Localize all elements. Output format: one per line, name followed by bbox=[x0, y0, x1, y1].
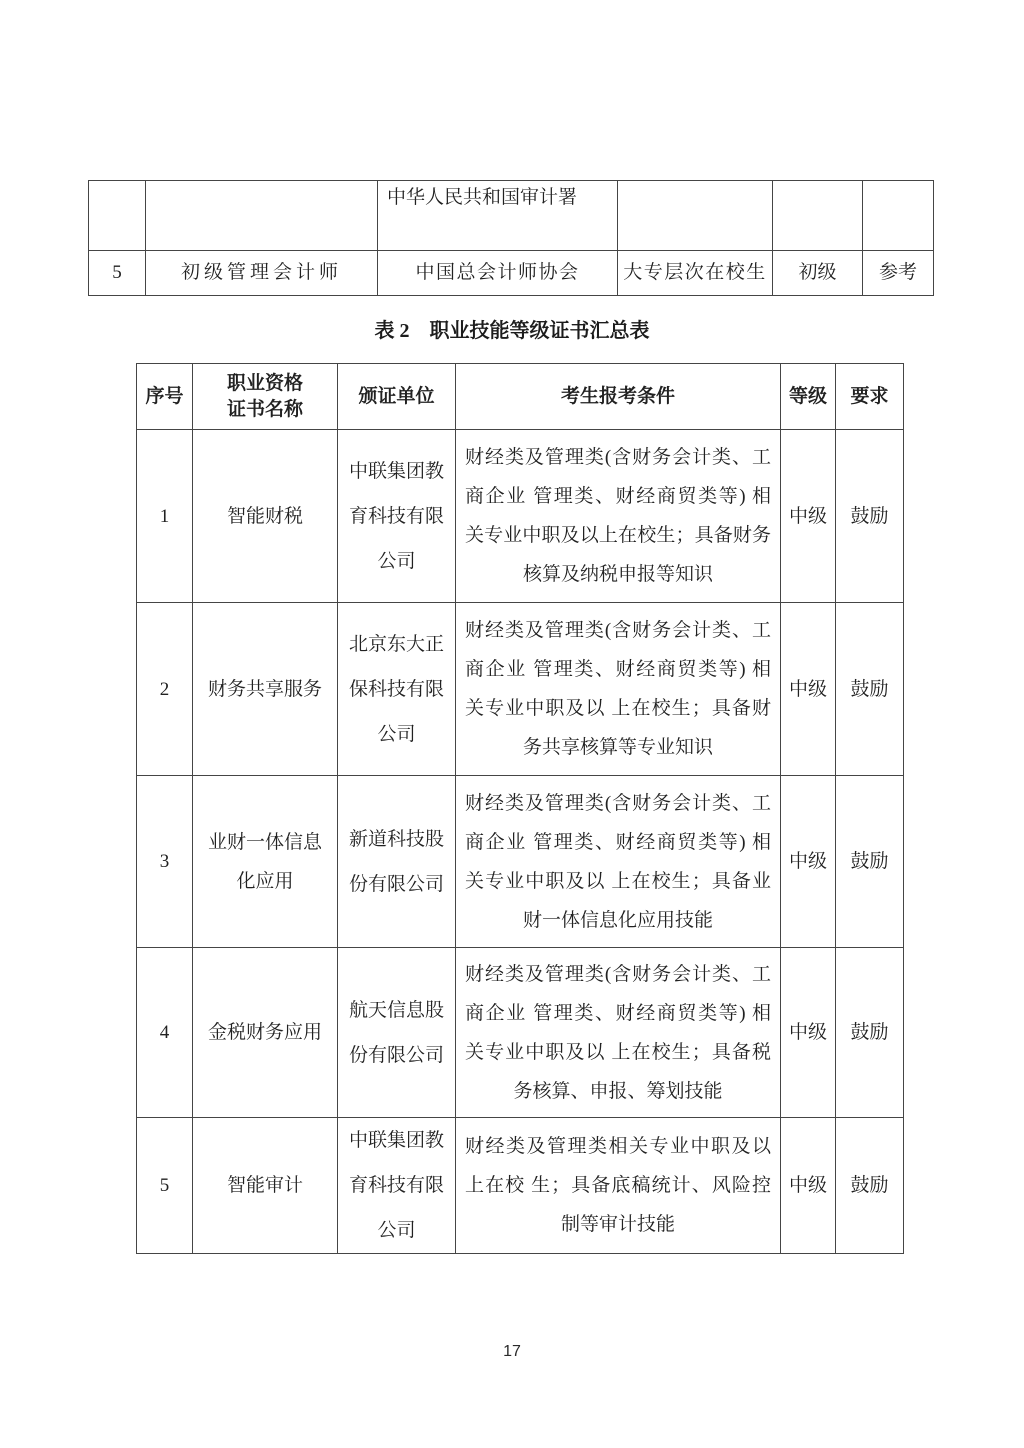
table-header-row: 序号 职业资格 证书名称 颁证单位 考生报考条件 等级 要求 bbox=[137, 364, 904, 430]
table-cell: 航天信息股份有限公司 bbox=[338, 948, 456, 1118]
cell-line: 鼓励 bbox=[836, 497, 903, 536]
cell-line: 财经类及管理类(含财务会计类、工 bbox=[465, 438, 771, 477]
cell-line: 北京东大正 bbox=[338, 622, 455, 667]
cell-line: 关专业中职及以 上在校生；具备税 bbox=[465, 1033, 771, 1072]
cell-line: 中级 bbox=[781, 497, 835, 536]
table-row: 中华人民共和国审计署 bbox=[89, 181, 934, 251]
cell-line: 财经类及管理类(含财务会计类、工 bbox=[465, 784, 771, 823]
cell-line: 鼓励 bbox=[836, 1013, 903, 1052]
table-cell: 4 bbox=[137, 948, 193, 1118]
skill-certificates-table: 序号 职业资格 证书名称 颁证单位 考生报考条件 等级 要求 bbox=[136, 363, 904, 1254]
cell-line: 鼓励 bbox=[836, 670, 903, 709]
cell-line: 中级 bbox=[781, 670, 835, 709]
table-cell: 参考 bbox=[863, 251, 934, 296]
cell-line: 核算及纳税申报等知识 bbox=[465, 555, 771, 594]
certificates-table-continued: 中华人民共和国审计署5初级管理会计师中国总会计师协会大专层次在校生初级参考 bbox=[88, 180, 934, 296]
table-cell: 3 bbox=[137, 776, 193, 948]
table-row: 2财务共享服务北京东大正保科技有限公司财经类及管理类(含财务会计类、工商企业 管… bbox=[137, 603, 904, 776]
table-cell: 大专层次在校生 bbox=[618, 251, 773, 296]
table-cell bbox=[773, 181, 863, 251]
table-cell: 中联集团教育科技有限公司 bbox=[338, 430, 456, 603]
table-cell: 鼓励 bbox=[836, 1118, 904, 1254]
table-cell bbox=[146, 181, 378, 251]
cell-line: 财经类及管理类(含财务会计类、工 bbox=[465, 611, 771, 650]
table2-caption: 表 2 职业技能等级证书汇总表 bbox=[0, 314, 1024, 343]
table-cell: 中华人民共和国审计署 bbox=[378, 181, 618, 251]
table-cell bbox=[863, 181, 934, 251]
cell-line: 鼓励 bbox=[836, 1166, 903, 1205]
header-line: 要求 bbox=[836, 384, 903, 410]
header-line: 考生报考条件 bbox=[456, 384, 780, 410]
cell-line: 财务共享服务 bbox=[193, 670, 337, 709]
cell-line: 鼓励 bbox=[836, 842, 903, 881]
table-cell: 初级管理会计师 bbox=[146, 251, 378, 296]
cell-line: 航天信息股 bbox=[338, 988, 455, 1033]
cell-line: 财一体信息化应用技能 bbox=[465, 901, 771, 940]
cell-line: 初级管理会计师 bbox=[146, 260, 377, 286]
cell-line: 育科技有限 bbox=[338, 1163, 455, 1208]
table-cell: 鼓励 bbox=[836, 776, 904, 948]
table-row: 3业财一体信息化应用新道科技股份有限公司财经类及管理类(含财务会计类、工商企业 … bbox=[137, 776, 904, 948]
cell-line: 上在校 生；具备底稿统计、风险控 bbox=[465, 1166, 771, 1205]
cell-line: 财经类及管理类(含财务会计类、工 bbox=[465, 955, 771, 994]
column-header-index: 序号 bbox=[137, 364, 193, 430]
cell-line: 化应用 bbox=[193, 862, 337, 901]
table-cell: 初级 bbox=[773, 251, 863, 296]
cell-line: 务核算、申报、筹划技能 bbox=[465, 1072, 771, 1111]
cell-line: 5 bbox=[89, 260, 145, 286]
table-cell: 财经类及管理类(含财务会计类、工商企业 管理类、财经商贸类等) 相关专业中职及以… bbox=[456, 430, 781, 603]
header-line: 职业资格 bbox=[193, 371, 337, 397]
table2-header: 序号 职业资格 证书名称 颁证单位 考生报考条件 等级 要求 bbox=[137, 364, 904, 430]
table-row: 1智能财税中联集团教育科技有限公司财经类及管理类(含财务会计类、工商企业 管理类… bbox=[137, 430, 904, 603]
table-cell bbox=[618, 181, 773, 251]
cell-line: 关专业中职及以 上在校生；具备财 bbox=[465, 689, 771, 728]
table-cell: 1 bbox=[137, 430, 193, 603]
table-cell: 鼓励 bbox=[836, 603, 904, 776]
cell-line: 公司 bbox=[338, 712, 455, 757]
table-cell: 5 bbox=[89, 251, 146, 296]
cell-line: 份有限公司 bbox=[338, 1033, 455, 1078]
cell-line: 业财一体信息 bbox=[193, 823, 337, 862]
cell-line: 公司 bbox=[338, 1208, 455, 1253]
table-cell: 鼓励 bbox=[836, 430, 904, 603]
cell-line: 商企业 管理类、财经商贸类等) 相 bbox=[465, 994, 771, 1033]
header-line: 证书名称 bbox=[193, 397, 337, 423]
cell-line: 中联集团教 bbox=[338, 1118, 455, 1163]
table-cell: 2 bbox=[137, 603, 193, 776]
cell-line: 大专层次在校生 bbox=[618, 260, 772, 286]
table-cell: 鼓励 bbox=[836, 948, 904, 1118]
header-line: 颁证单位 bbox=[338, 384, 455, 410]
table-cell: 中级 bbox=[781, 603, 836, 776]
cell-line: 1 bbox=[137, 497, 192, 536]
cell-line: 商企业 管理类、财经商贸类等) 相 bbox=[465, 650, 771, 689]
cell-line: 4 bbox=[137, 1013, 192, 1052]
cell-line: 中联集团教 bbox=[338, 449, 455, 494]
cell-line: 3 bbox=[137, 842, 192, 881]
table-cell: 5 bbox=[137, 1118, 193, 1254]
cell-line: 中级 bbox=[781, 1166, 835, 1205]
column-header-certificate-name: 职业资格 证书名称 bbox=[193, 364, 338, 430]
table-cell: 金税财务应用 bbox=[193, 948, 338, 1118]
cell-line: 中华人民共和国审计署 bbox=[387, 185, 617, 211]
table-row: 5初级管理会计师中国总会计师协会大专层次在校生初级参考 bbox=[89, 251, 934, 296]
cell-line: 智能财税 bbox=[193, 497, 337, 536]
table-cell: 智能审计 bbox=[193, 1118, 338, 1254]
table-cell: 业财一体信息化应用 bbox=[193, 776, 338, 948]
column-header-demand: 要求 bbox=[836, 364, 904, 430]
table-cell: 北京东大正保科技有限公司 bbox=[338, 603, 456, 776]
cell-line: 财经类及管理类相关专业中职及以 bbox=[465, 1127, 771, 1166]
header-line: 等级 bbox=[781, 384, 835, 410]
table-cell: 智能财税 bbox=[193, 430, 338, 603]
cell-line: 中国总会计师协会 bbox=[378, 260, 617, 286]
document-page: 中华人民共和国审计署5初级管理会计师中国总会计师协会大专层次在校生初级参考 表 … bbox=[0, 0, 1024, 1448]
cell-line: 5 bbox=[137, 1166, 192, 1205]
cell-line: 中级 bbox=[781, 1013, 835, 1052]
cell-line: 保科技有限 bbox=[338, 667, 455, 712]
table-cell: 财务共享服务 bbox=[193, 603, 338, 776]
table-cell: 中级 bbox=[781, 776, 836, 948]
table-cell: 新道科技股份有限公司 bbox=[338, 776, 456, 948]
cell-line: 商企业 管理类、财经商贸类等) 相 bbox=[465, 477, 771, 516]
table-cell: 财经类及管理类(含财务会计类、工商企业 管理类、财经商贸类等) 相关专业中职及以… bbox=[456, 776, 781, 948]
table-row: 4金税财务应用航天信息股份有限公司财经类及管理类(含财务会计类、工商企业 管理类… bbox=[137, 948, 904, 1118]
cell-line: 关专业中职及以上在校生；具备财务 bbox=[465, 516, 771, 555]
cell-line: 新道科技股 bbox=[338, 817, 455, 862]
cell-line: 中级 bbox=[781, 842, 835, 881]
header-line: 序号 bbox=[137, 384, 192, 410]
table-row: 5智能审计中联集团教育科技有限公司财经类及管理类相关专业中职及以上在校 生；具备… bbox=[137, 1118, 904, 1254]
column-header-requirements: 考生报考条件 bbox=[456, 364, 781, 430]
table-cell: 财经类及管理类(含财务会计类、工商企业 管理类、财经商贸类等) 相关专业中职及以… bbox=[456, 603, 781, 776]
table-cell: 中级 bbox=[781, 1118, 836, 1254]
cell-line: 制等审计技能 bbox=[465, 1205, 771, 1244]
cell-line: 金税财务应用 bbox=[193, 1013, 337, 1052]
table-cell: 中级 bbox=[781, 430, 836, 603]
table-cell: 中联集团教育科技有限公司 bbox=[338, 1118, 456, 1254]
table-cell: 财经类及管理类(含财务会计类、工商企业 管理类、财经商贸类等) 相关专业中职及以… bbox=[456, 948, 781, 1118]
cell-line: 育科技有限 bbox=[338, 494, 455, 539]
cell-line: 智能审计 bbox=[193, 1166, 337, 1205]
cell-line: 务共享核算等专业知识 bbox=[465, 728, 771, 767]
table-cell: 中级 bbox=[781, 948, 836, 1118]
table-cell: 财经类及管理类相关专业中职及以上在校 生；具备底稿统计、风险控制等审计技能 bbox=[456, 1118, 781, 1254]
cell-line: 商企业 管理类、财经商贸类等) 相 bbox=[465, 823, 771, 862]
cell-line: 参考 bbox=[863, 260, 933, 286]
table-cell bbox=[89, 181, 146, 251]
page-number: 17 bbox=[0, 1343, 1024, 1361]
cell-line: 关专业中职及以 上在校生；具备业 bbox=[465, 862, 771, 901]
cell-line: 份有限公司 bbox=[338, 862, 455, 907]
cell-line: 公司 bbox=[338, 539, 455, 584]
cell-line: 2 bbox=[137, 670, 192, 709]
table-cell: 中国总会计师协会 bbox=[378, 251, 618, 296]
column-header-level: 等级 bbox=[781, 364, 836, 430]
cell-line: 初级 bbox=[773, 260, 862, 286]
column-header-issuer: 颁证单位 bbox=[338, 364, 456, 430]
